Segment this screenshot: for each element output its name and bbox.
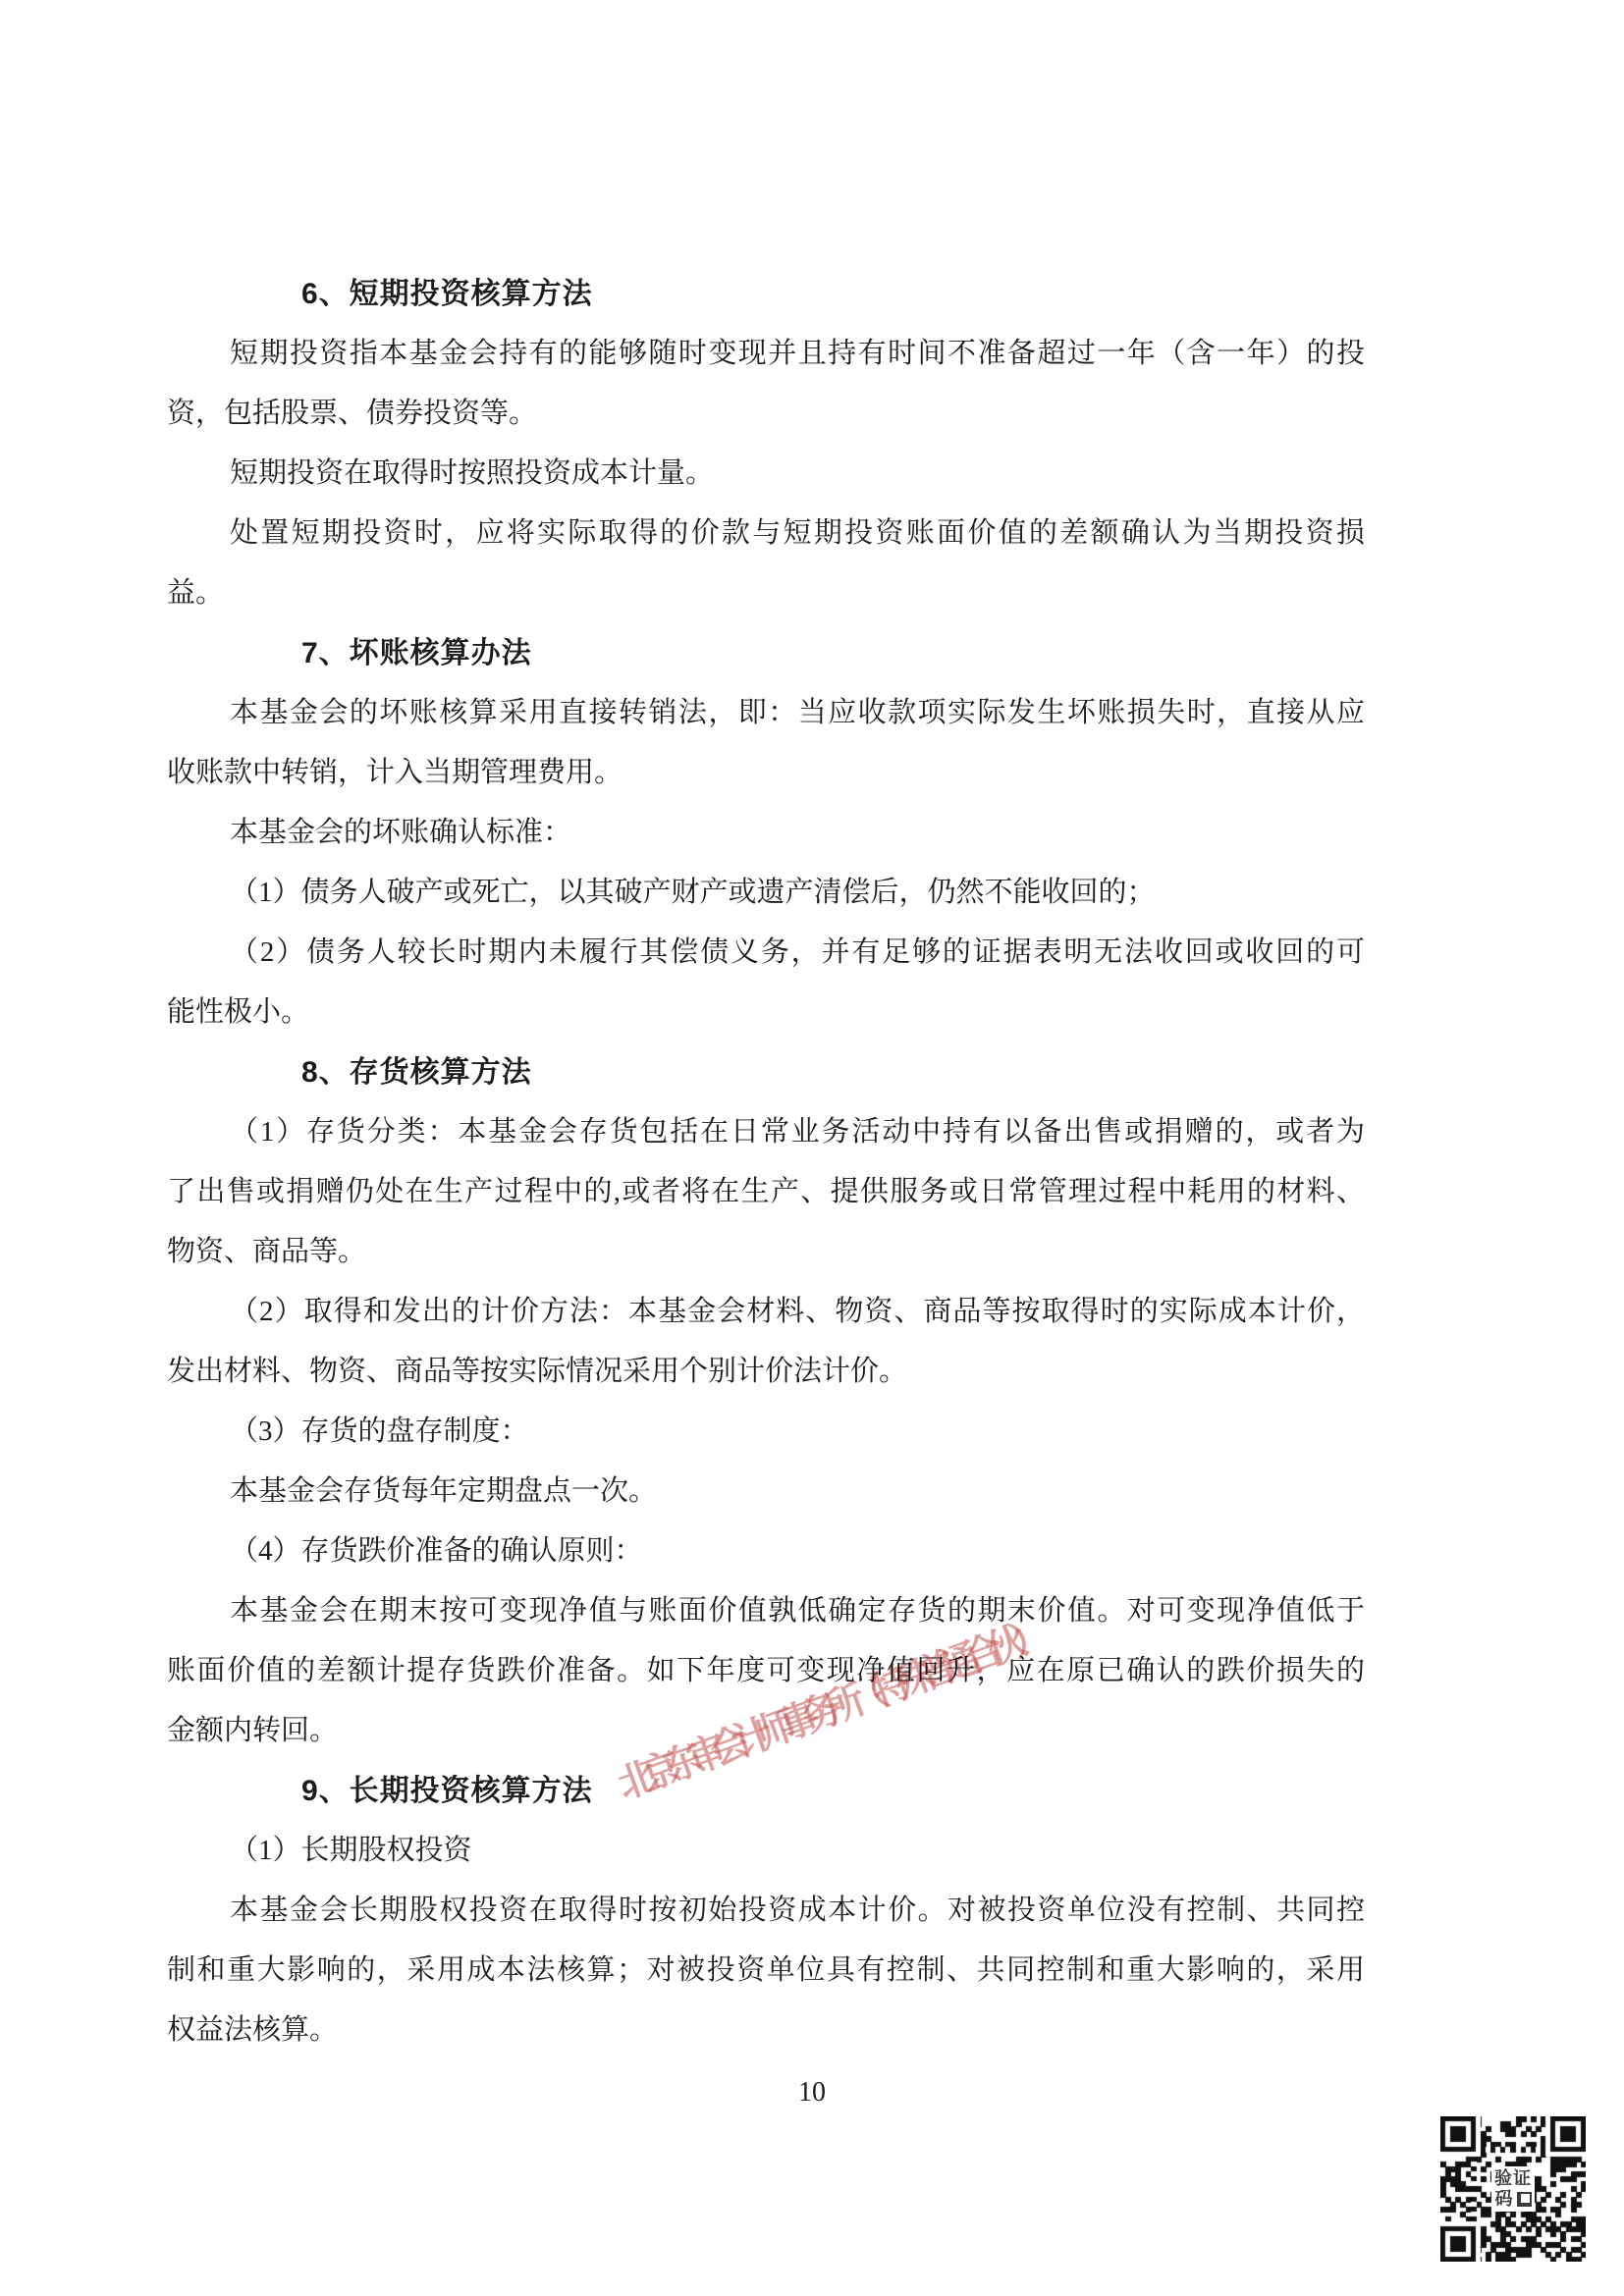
text-line: （1）长期股权投资 <box>167 1821 1365 1881</box>
text-line: （2）取得和发出的计价方法：本基金会材料、物资、商品等按取得时的实际成本计价， <box>167 1282 1365 1342</box>
document-body: 6、短期投资核算方法短期投资指本基金会持有的能够随时变现并且持有时间不准备超过一… <box>167 264 1365 2060</box>
document-page: 6、短期投资核算方法短期投资指本基金会持有的能够随时变现并且持有时间不准备超过一… <box>0 0 1624 2296</box>
qr-code-label: 验证 码 <box>1491 2166 1535 2212</box>
text-line: 本基金会在期末按可变现净值与账面价值孰低确定存货的期末价值。对可变现净值低于 <box>167 1581 1365 1641</box>
section-heading: 6、短期投资核算方法 <box>167 264 1365 324</box>
text-line: （1）存货分类：本基金会存货包括在日常业务活动中持有以备出售或捐赠的，或者为 <box>167 1102 1365 1162</box>
text-line: 短期投资在取得时按照投资成本计量。 <box>167 444 1365 504</box>
text-line: 本基金会的坏账确认标准： <box>167 803 1365 863</box>
text-line: 处置短期投资时，应将实际取得的价款与短期投资账面价值的差额确认为当期投资损 <box>167 504 1365 563</box>
text-line: 账面价值的差额计提存货跌价准备。如下年度可变现净值回升，应在原已确认的跌价损失的 <box>167 1641 1365 1701</box>
text-line: 制和重大影响的，采用成本法核算；对被投资单位具有控制、共同控制和重大影响的，采用 <box>167 1941 1365 2001</box>
text-line: 资，包括股票、债券投资等。 <box>167 384 1365 444</box>
text-line: 发出材料、物资、商品等按实际情况采用个别计价法计价。 <box>167 1342 1365 1402</box>
text-line: 权益法核算。 <box>167 2001 1365 2060</box>
text-line: 短期投资指本基金会持有的能够随时变现并且持有时间不准备超过一年（含一年）的投 <box>167 324 1365 384</box>
section-heading: 7、坏账核算办法 <box>167 623 1365 683</box>
text-line: 收账款中转销，计入当期管理费用。 <box>167 743 1365 803</box>
section-heading: 8、存货核算方法 <box>167 1042 1365 1102</box>
text-line: 本基金会的坏账核算采用直接转销法，即：当应收款项实际发生坏账损失时，直接从应 <box>167 683 1365 743</box>
text-line: （1）债务人破产或死亡，以其破产财产或遗产清偿后，仍然不能收回的； <box>167 863 1365 923</box>
text-line: （2）债务人较长时期内未履行其偿债义务，并有足够的证据表明无法收回或收回的可 <box>167 923 1365 983</box>
qr-label-bottom-row: 码 <box>1495 2189 1532 2210</box>
text-line: 物资、商品等。 <box>167 1222 1365 1282</box>
text-line: 益。 <box>167 563 1365 623</box>
qr-corner-icon <box>1517 2192 1532 2207</box>
text-line: 本基金会长期股权投资在取得时按初始投资成本计价。对被投资单位没有控制、共同控 <box>167 1881 1365 1941</box>
qr-code-block: 验证 码 <box>1440 2116 1586 2262</box>
text-line: 本基金会存货每年定期盘点一次。 <box>167 1462 1365 1522</box>
qr-label-top-text: 验证 <box>1494 2168 1532 2189</box>
section-heading: 9、长期投资核算方法 <box>167 1761 1365 1821</box>
qr-label-bottom-text: 码 <box>1495 2189 1514 2210</box>
text-line: 了出售或捐赠仍处在生产过程中的,或者将在生产、提供服务或日常管理过程中耗用的材料… <box>167 1162 1365 1222</box>
text-line: 能性极小。 <box>167 983 1365 1042</box>
text-line: 金额内转回。 <box>167 1701 1365 1761</box>
text-line: （3）存货的盘存制度： <box>167 1402 1365 1462</box>
text-line: （4）存货跌价准备的确认原则： <box>167 1522 1365 1581</box>
page-number: 10 <box>0 2071 1624 2114</box>
